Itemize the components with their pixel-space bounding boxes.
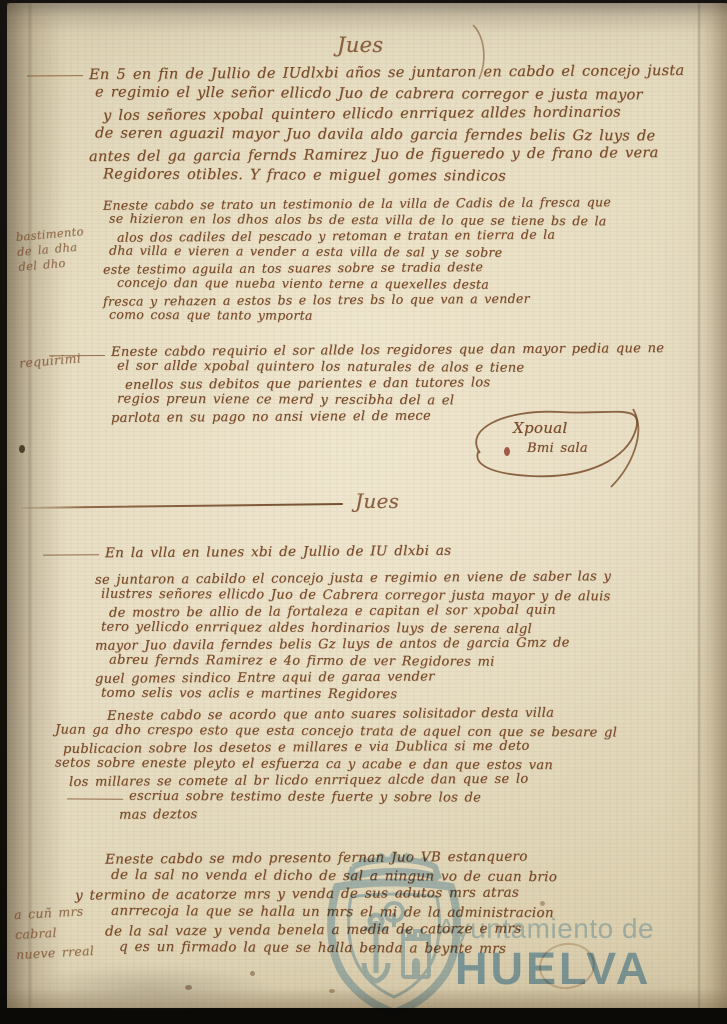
- entry1-heading: Jues: [337, 33, 383, 57]
- entry2-dateline: En la vlla en lunes xbi de Jullio de IU …: [105, 543, 451, 561]
- manuscript-line: Regidores otibles. Y fraco e miguel gome…: [103, 164, 685, 188]
- signature-name-2: Bmi sala: [527, 441, 588, 456]
- manuscript-line: tomo selis vos aclis e martines Regidore…: [101, 685, 611, 704]
- manuscript-line: En 5 en fin de Jullio de IUdlxbi años se…: [89, 61, 685, 86]
- manuscript-line: q es un firmado la que se halla benda a …: [119, 938, 557, 958]
- manuscript-line: En la vlla en lunes xbi de Jullio de IU …: [105, 542, 452, 562]
- margin-note-1: bastimento de la dha del dho: [15, 224, 87, 275]
- manuscript-line: como cosa que tanto ymporta: [109, 307, 611, 326]
- margin-note-line: requirimi: [18, 350, 81, 370]
- entry2-paragraph2: Eneste cabdo se acordo que anto suares s…: [49, 707, 617, 823]
- margin-note-line: a cuñ mrs: [13, 901, 92, 925]
- margin-note-2: requirimi: [18, 350, 81, 370]
- paper-speck: [540, 901, 545, 906]
- signature-name: Xpoual: [513, 419, 568, 437]
- manuscript-photo: Jues En 5 en fin de Jullio de IUdlxbi añ…: [0, 0, 727, 1024]
- entry2-heading: Jues: [355, 489, 399, 513]
- margin-note-line: nueve rreal: [16, 941, 95, 965]
- ink-stain: [19, 445, 25, 453]
- entry2-paragraph3: Eneste cabdo se mdo presento fernan Juo …: [105, 849, 557, 957]
- manuscript-line: mas deztos: [119, 804, 617, 824]
- entry2-paragraph1: se juntaron a cabildo el concejo justa e…: [95, 571, 611, 703]
- entry1-paragraph1: En 5 en fin de Jullio de IUdlxbi años se…: [89, 63, 684, 186]
- manuscript-line: y los señores xpobal quintero ellicdo en…: [103, 102, 685, 127]
- paper-speck: [329, 989, 335, 993]
- signature-rubric: Xpoual Bmi sala: [435, 395, 670, 490]
- section-divider-rule: [21, 503, 343, 509]
- margin-note-3: a cuñ mrs cabral nueve rreal: [13, 901, 94, 965]
- manuscript-page: Jues En 5 en fin de Jullio de IUdlxbi añ…: [7, 3, 727, 1008]
- ink-stain: [504, 447, 510, 456]
- entry1-paragraph2: Eneste cabdo se trato un testimonio de l…: [103, 196, 611, 324]
- paper-smudge: [25, 965, 275, 1011]
- manuscript-content: Jues En 5 en fin de Jullio de IUdlxbi añ…: [7, 3, 727, 1008]
